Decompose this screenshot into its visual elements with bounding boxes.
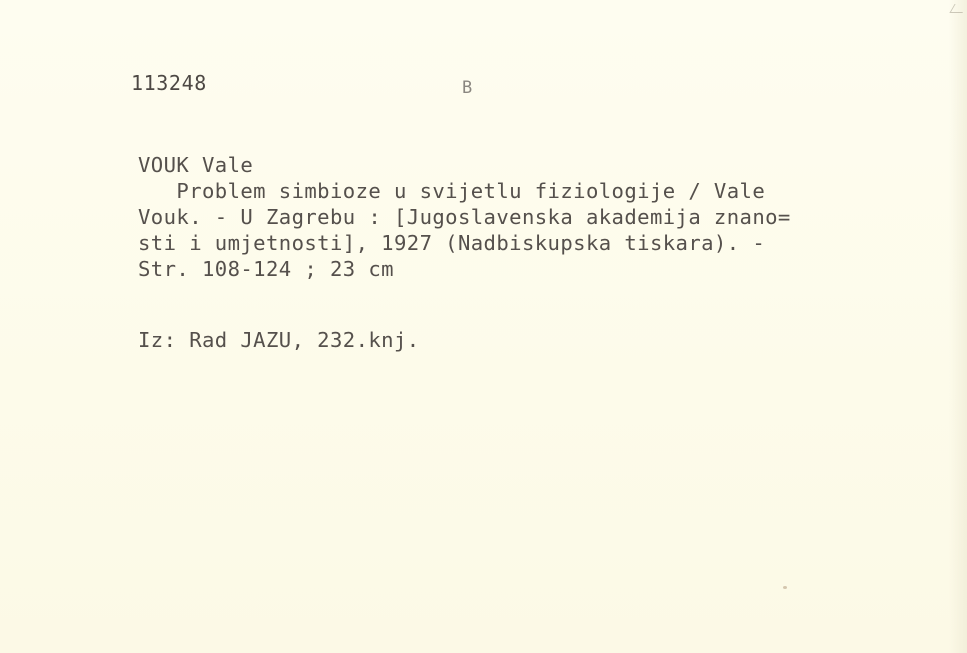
card-edge-shadow	[949, 0, 967, 653]
catalog-card: 113248 B VOUK Vale Problem simbioze u sv…	[0, 0, 967, 653]
publisher-line: sti i umjetnosti], 1927 (Nadbiskupska ti…	[138, 230, 791, 256]
bibliographic-entry: VOUK Vale Problem simbioze u svijetlu fi…	[138, 152, 791, 282]
paper-speck	[783, 586, 787, 589]
source-note: Iz: Rad JAZU, 232.knj.	[138, 330, 420, 351]
physical-description: Str. 108-124 ; 23 cm	[138, 256, 791, 282]
author-heading: VOUK Vale	[138, 152, 791, 178]
location-code: B	[462, 80, 473, 97]
publication-line: Vouk. - U Zagrebu : [Jugoslavenska akade…	[138, 204, 791, 230]
title-line: Problem simbioze u svijetlu fiziologije …	[138, 178, 791, 204]
accession-number: 113248	[131, 73, 207, 93]
